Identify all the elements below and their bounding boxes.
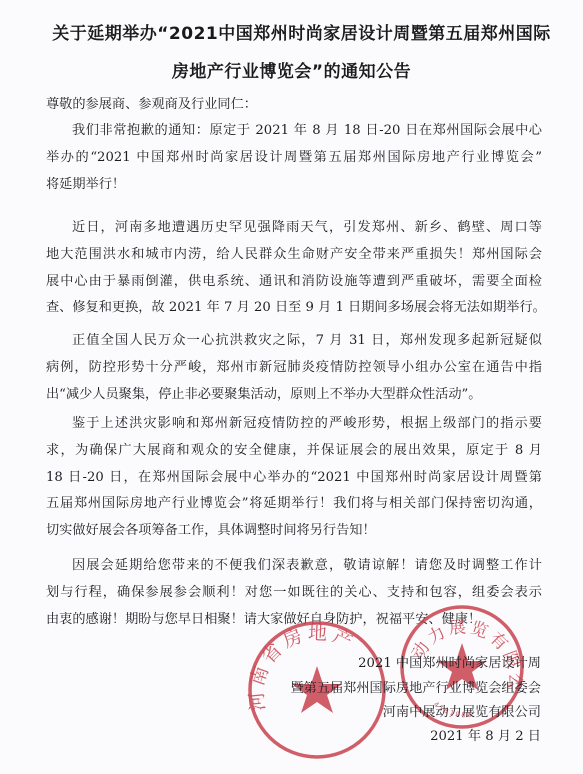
svg-text:河南省房地产: 河南省房地产 [245,622,359,712]
paragraph-line: 因展会延期给您带来的不便我们深表歉意，敬请谅解！请您及时调整工作计 [46,553,542,580]
paragraph-line: 正值全国人民万众一心抗洪救灾之际，7 月 31 日，郑州发现多起新冠疑似 [46,328,542,355]
paragraph-line: 我们非常抱歉的通知：原定于 2021 年 8 月 18 日-20 日在郑州国际会… [46,118,542,145]
paragraph-line: 病例，防控形势十分严峻，郑州市新冠肺炎疫情防控领导小组办公室在通告中指 [46,355,542,382]
paragraph-line: 举办的“2021 中国郑州时尚家居设计周暨第五届郑州国际房地产行业博览会” [46,145,542,172]
paragraph-1: 我们非常抱歉的通知：原定于 2021 年 8 月 18 日-20 日在郑州国际会… [46,118,542,198]
salutation: 尊敬的参展商、参观商及行业同仁： [46,93,257,112]
notice-document: 关于延期举办“2021中国郑州时尚家居设计周暨第五届郑州国际 房地产行业博览会”… [0,0,583,774]
paragraph-line: 求，为确保广大展商和观众的安全健康，并保证展会的展出效果，原定于 8 月 [46,438,542,465]
paragraph-line: 切实做好展会各项筹备工作，具体调整时间将另行告知！ [46,518,542,545]
paragraph-2: 近日，河南多地遭遇历史罕见强降雨天气，引发郑州、新乡、鹤壁、周口等 地大范围洪水… [46,215,542,322]
paragraph-line: 将延期举行！ [46,172,542,199]
paragraph-line: 鉴于上述洪灾影响和郑州新冠疫情防控的严峻形势，根据上级部门的指示要 [46,411,542,438]
title-line-2: 房地产行业博览会”的通知公告 [0,57,583,82]
paragraph-line: 出“减少人员聚集，停止非必要聚集活动，原则上不举办大型群众性活动”。 [46,382,542,409]
paragraph-line: 查、修复和更换，故 2021 年 7 月 20 日至 9 月 1 日期间多场展会… [46,295,542,322]
paragraph-line: 近日，河南多地遭遇历史罕见强降雨天气，引发郑州、新乡、鹤壁、周口等 [46,215,542,242]
title-line-1: 关于延期举办“2021中国郑州时尚家居设计周暨第五届郑州国际 [10,19,583,44]
signature-organizer-line-1: 2021 中国郑州时尚家居设计周 [358,652,541,671]
paragraph-line: 18 日-20 日，在郑州国际会展中心举办的“2021 中国郑州时尚家居设计周暨… [46,465,542,492]
signature-date: 2021 年 8 月 2 日 [430,725,541,744]
signature-company: 河南中展动力展览有限公司 [383,701,541,720]
paragraph-3: 正值全国人民万众一心抗洪救灾之际，7 月 31 日，郑州发现多起新冠疑似 病例，… [46,328,542,408]
paragraph-4: 鉴于上述洪灾影响和郑州新冠疫情防控的严峻形势，根据上级部门的指示要 求，为确保广… [46,411,542,545]
paragraph-line: 展中心由于暴雨倒灌，供电系统、通讯和消防设施等遭到严重破坏，需要全面检 [46,269,542,296]
paragraph-line: 五届郑州国际房地产行业博览会”将延期举行！我们将与相关部门保持密切沟通， [46,491,542,518]
signature-organizer-line-2: 暨第五届郑州国际房地产行业博览会组委会 [290,677,541,696]
paragraph-line: 地大范围洪水和城市内涝，给人民群众生命财产安全带来严重损失！郑州国际会 [46,242,542,269]
